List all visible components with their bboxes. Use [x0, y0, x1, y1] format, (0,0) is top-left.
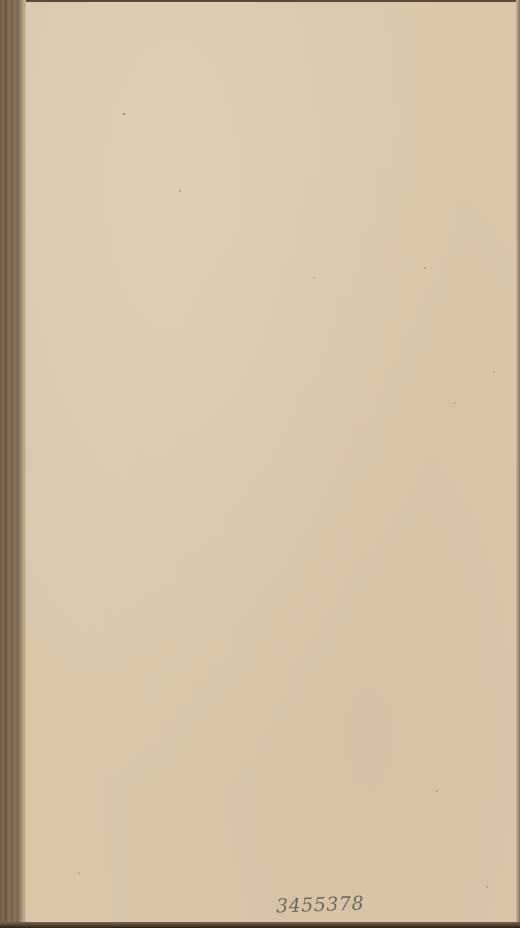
blank-page	[26, 2, 516, 922]
scanned-page: 3455378	[0, 0, 520, 928]
paper-speck	[313, 277, 315, 279]
paper-speck	[436, 790, 438, 792]
paper-speck	[179, 190, 181, 192]
bottom-edge	[0, 922, 520, 928]
paper-speck	[78, 872, 80, 874]
paper-speck	[454, 402, 456, 404]
right-page-edge	[516, 0, 520, 924]
paper-speck	[424, 267, 426, 269]
handwritten-call-number: 3455378	[276, 892, 365, 917]
paper-speck	[493, 371, 495, 373]
paper-speck	[486, 886, 488, 888]
paper-speck	[123, 113, 125, 115]
book-spine-edge	[0, 0, 26, 924]
